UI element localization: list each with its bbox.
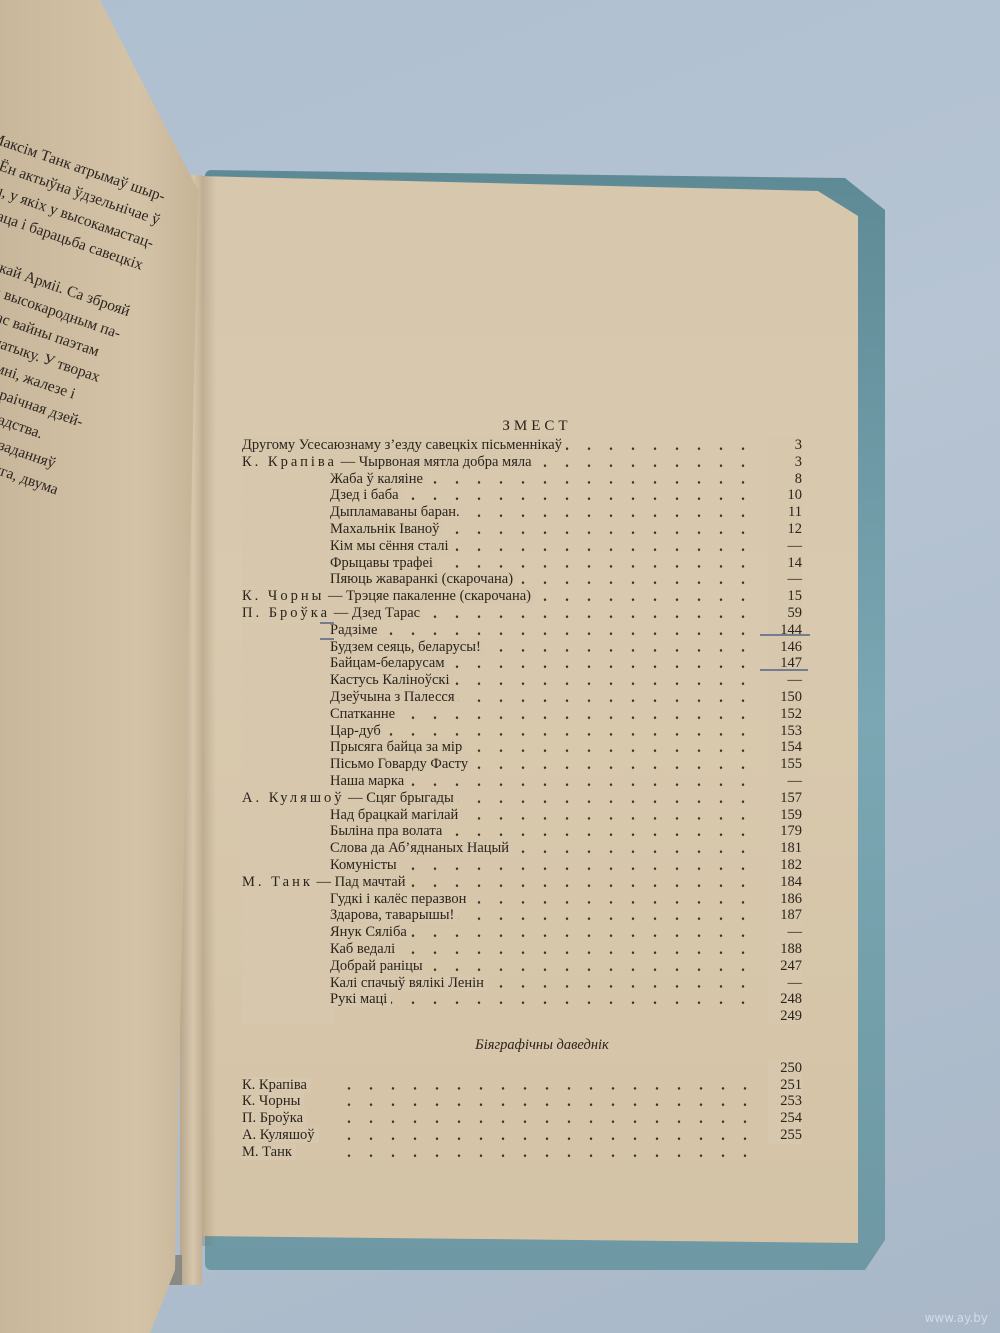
toc-page-number: 154 <box>768 739 802 756</box>
toc-entry-label: М. Танк — Пад мачтай <box>242 874 409 890</box>
bio-page-number: 253 <box>768 1093 802 1110</box>
toc-page-number: — <box>768 975 802 992</box>
toc-entry-label: Другому Усесаюзнаму з’езду савецкіх пісь… <box>242 437 566 453</box>
toc-entry: Комуністы182 <box>242 857 802 874</box>
leader-dots <box>332 1093 762 1110</box>
toc-page-number: 186 <box>768 891 802 908</box>
left-page: зма Максім Танк атрымаў шыр-росту. Ён ак… <box>0 0 198 1333</box>
toc-title-text: — Дзед Тарас <box>334 605 420 621</box>
toc-title-text: — Чырвоная мятла добра мяла <box>341 454 532 470</box>
toc-entry: Здарова, таварышы!187 <box>242 907 802 924</box>
toc-page-number: 184 <box>768 874 802 891</box>
table-of-contents: ЗМЕСТ Другому Усесаюзнаму з’езду савецкі… <box>242 418 802 1161</box>
toc-entry-label: Слова да Аб’яднаных Нацый <box>242 840 513 856</box>
toc-title-text: Цар-дуб <box>330 723 381 739</box>
pen-mark <box>320 638 334 640</box>
toc-page-number: 11 <box>768 504 802 521</box>
toc-entry: Дыпламаваны баран.11 <box>242 504 802 521</box>
toc-entry: Каб ведалі188 <box>242 941 802 958</box>
toc-title-text: — Сцяг брыгады <box>348 790 454 806</box>
toc-page-number: — <box>768 571 802 588</box>
toc-page-number: 247 <box>768 958 802 975</box>
toc-author: А. Куляшоў <box>242 790 345 806</box>
toc-entry-label: К. Чорны — Трэцяе пакаленне (скарочана) <box>242 588 535 604</box>
toc-page-number: 249 <box>768 1008 802 1025</box>
toc-author: П. Броўка <box>242 605 330 621</box>
toc-entry: Дзед і баба10 <box>242 487 802 504</box>
toc-entry-label: Дзед і баба <box>242 487 403 503</box>
toc-entry-label: Быліна пра волата <box>242 823 446 839</box>
toc-title-text: Гудкі і калёс перазвон <box>330 891 466 907</box>
toc-entry: Другому Усесаюзнаму з’езду савецкіх пісь… <box>242 437 802 454</box>
bio-page-number: 255 <box>768 1127 802 1144</box>
leader-dots <box>332 1144 762 1161</box>
toc-title-text: Каб ведалі <box>330 941 395 957</box>
bio-name: М. Танк <box>242 1144 296 1160</box>
toc-entries: Другому Усесаюзнаму з’езду савецкіх пісь… <box>242 437 802 1025</box>
pen-mark <box>760 634 810 636</box>
toc-title-text: Фрыцавы трафеі <box>330 555 433 571</box>
toc-page-number: 187 <box>768 907 802 924</box>
toc-entry: Будзем сеяць, беларусы!146 <box>242 639 802 656</box>
left-page-text: зма Максім Танк атрымаў шыр-росту. Ён ак… <box>0 118 187 556</box>
toc-entry-label: Каб ведалі <box>242 941 399 957</box>
toc-page-number: 59 <box>768 605 802 622</box>
toc-page-number: 159 <box>768 807 802 824</box>
toc-page-number: 157 <box>768 790 802 807</box>
toc-page-number: 155 <box>768 756 802 773</box>
toc-title-text: Слова да Аб’яднаных Нацый <box>330 840 509 856</box>
toc-entry: Наша марка— <box>242 773 802 790</box>
toc-title-text: Дзеўчына з Палесся <box>330 689 454 705</box>
toc-entry-label: Наша марка <box>242 773 408 789</box>
toc-entry: Слова да Аб’яднаных Нацый181 <box>242 840 802 857</box>
bio-entry: П. Броўка254 <box>242 1110 802 1127</box>
toc-page-number: 146 <box>768 639 802 656</box>
toc-title-text: Комуністы <box>330 857 397 873</box>
toc-entry-label: Добрай раніцы <box>242 958 427 974</box>
toc-author: К. Чорны <box>242 588 324 604</box>
toc-title-text: — Пад мачтай <box>317 874 406 890</box>
toc-page-number: — <box>768 924 802 941</box>
toc-page-number: 14 <box>768 555 802 572</box>
toc-entry-label: Жаба ў каляіне <box>242 471 427 487</box>
bio-entry: К. Крапіва251 <box>242 1077 802 1094</box>
bio-entry: А. Куляшоў255 <box>242 1127 802 1144</box>
toc-title-text: Наша марка <box>330 773 404 789</box>
toc-entry-label: Махальнік Іваноў <box>242 521 443 537</box>
toc-page-number: 179 <box>768 823 802 840</box>
toc-page-number: 182 <box>768 857 802 874</box>
toc-page-number: 15 <box>768 588 802 605</box>
toc-page-number: — <box>768 773 802 790</box>
toc-entry: П. Броўка — Дзед Тарас59 <box>242 605 802 622</box>
bio-name: К. Крапіва <box>242 1077 311 1093</box>
toc-entry-label: Комуністы <box>242 857 401 873</box>
toc-page-number: 153 <box>768 723 802 740</box>
toc-title-text: Махальнік Іваноў <box>330 521 439 537</box>
toc-entry: Быліна пра волата179 <box>242 823 802 840</box>
bio-name: П. Броўка <box>242 1110 307 1126</box>
toc-entry: 249 <box>242 1008 802 1025</box>
toc-entry: Рукі маці248 <box>242 991 802 1008</box>
toc-entry: Над брацкай магілай159 <box>242 807 802 824</box>
toc-entry-label: Гудкі і калёс перазвон <box>242 891 470 907</box>
toc-entry: Пісьмо Говарду Фасту155 <box>242 756 802 773</box>
bio-entry: М. Танк <box>242 1144 802 1161</box>
toc-entry-label: Кастусь Каліноўскі <box>242 672 454 688</box>
toc-page-number: 8 <box>768 471 802 488</box>
toc-title-text: Кастусь Каліноўскі <box>330 672 450 688</box>
toc-page-number: 188 <box>768 941 802 958</box>
bio-name: К. Чорны <box>242 1093 304 1109</box>
toc-title-text: Добрай раніцы <box>330 958 423 974</box>
toc-title-text: Дыпламаваны баран. <box>330 504 460 520</box>
toc-entry-label: Янук Сяліба <box>242 924 411 940</box>
toc-entry: Янук Сяліба— <box>242 924 802 941</box>
toc-entry: К. Крапіва — Чырвоная мятла добра мяла3 <box>242 454 802 471</box>
toc-entry-label: К. Крапіва — Чырвоная мятла добра мяла <box>242 454 536 470</box>
pen-mark <box>760 669 808 671</box>
toc-title-text: Дзед і баба <box>330 487 399 503</box>
toc-entry: Пяюць жаваранкі (скарочана)— <box>242 571 802 588</box>
toc-entry-label <box>242 1008 334 1024</box>
toc-entry-label: Калі спачыў вялікі Ленін <box>242 975 488 991</box>
toc-page-number: — <box>768 672 802 689</box>
toc-title-text: — Трэцяе пакаленне (скарочана) <box>328 588 531 604</box>
toc-title-text: Радзіме <box>330 622 377 638</box>
toc-title-text: Прысяга байца за мір <box>330 739 462 755</box>
toc-entry-label: Спатканне <box>242 706 399 722</box>
toc-entry: Калі спачыў вялікі Ленін— <box>242 975 802 992</box>
toc-title-text: Спатканне <box>330 706 395 722</box>
toc-entry: Фрыцавы трафеі14 <box>242 555 802 572</box>
toc-title-text: Байцам-беларусам <box>330 655 445 671</box>
toc-page-number: 248 <box>768 991 802 1008</box>
toc-entry: Спатканне152 <box>242 706 802 723</box>
bio-section-title: Біяграфічны даведнік <box>242 1037 802 1054</box>
toc-author: К. Крапіва <box>242 454 337 470</box>
toc-title-text: Кім мы сёння сталі <box>330 538 449 554</box>
toc-page-number: 12 <box>768 521 802 538</box>
toc-page-number: 144 <box>768 622 802 639</box>
toc-entry: Кім мы сёння сталі— <box>242 538 802 555</box>
toc-entry-label: Дзеўчына з Палесся <box>242 689 458 705</box>
pen-mark <box>320 622 334 624</box>
leader-dots <box>332 1127 762 1144</box>
toc-entry: М. Танк — Пад мачтай184 <box>242 874 802 891</box>
toc-entry-label: Будзем сеяць, беларусы! <box>242 639 485 655</box>
toc-entry: Добрай раніцы247 <box>242 958 802 975</box>
toc-title: ЗМЕСТ <box>242 418 802 435</box>
bio-entries: К. Крапіва251К. Чорны253П. Броўка254А. К… <box>242 1077 802 1161</box>
toc-entry: Цар-дуб153 <box>242 723 802 740</box>
toc-title-text: Калі спачыў вялікі Ленін <box>330 975 484 991</box>
toc-entry-label: А. Куляшоў — Сцяг брыгады <box>242 790 458 806</box>
bio-entry: К. Чорны253 <box>242 1093 802 1110</box>
toc-entry-label: Пяюць жаваранкі (скарочана) <box>242 571 517 587</box>
toc-title-text: Рукі маці <box>330 991 387 1007</box>
toc-entry: Байцам-беларусам147 <box>242 655 802 672</box>
bio-header-row: 250 <box>242 1060 802 1077</box>
toc-title-text: Другому Усесаюзнаму з’езду савецкіх пісь… <box>242 437 562 453</box>
toc-entry-label: Здарова, таварышы! <box>242 907 458 923</box>
toc-entry-label: Байцам-беларусам <box>242 655 449 671</box>
toc-page-number: 3 <box>768 437 802 454</box>
toc-page-number: 152 <box>768 706 802 723</box>
toc-title-text: Над брацкай магілай <box>330 807 458 823</box>
bio-page-number: 251 <box>768 1077 802 1094</box>
toc-entry: Жаба ў каляіне8 <box>242 471 802 488</box>
bio-header-page: 250 <box>768 1060 802 1077</box>
toc-title-text: Пяюць жаваранкі (скарочана) <box>330 571 513 587</box>
toc-entry-label: Фрыцавы трафеі <box>242 555 437 571</box>
leader-dots <box>332 1077 762 1094</box>
bio-page-number: 254 <box>768 1110 802 1127</box>
toc-entry-label: Над брацкай магілай <box>242 807 462 823</box>
toc-entry-label: Дыпламаваны баран. <box>242 504 464 520</box>
toc-entry: Кастусь Каліноўскі— <box>242 672 802 689</box>
toc-page-number: 150 <box>768 689 802 706</box>
toc-page-number: 10 <box>768 487 802 504</box>
toc-title-text: Жаба ў каляіне <box>330 471 423 487</box>
watermark: www.ay.by <box>925 1311 988 1325</box>
toc-entry-label: Пісьмо Говарду Фасту <box>242 756 472 772</box>
toc-entry-label: Цар-дуб <box>242 723 385 739</box>
toc-title-text: Быліна пра волата <box>330 823 442 839</box>
toc-entry: Гудкі і калёс перазвон186 <box>242 891 802 908</box>
toc-title-text: Янук Сяліба <box>330 924 407 940</box>
toc-author: М. Танк <box>242 874 313 890</box>
toc-entry: Прысяга байца за мір154 <box>242 739 802 756</box>
toc-title-text: Здарова, таварышы! <box>330 907 454 923</box>
bio-name: А. Куляшоў <box>242 1127 319 1143</box>
toc-page-number: 3 <box>768 454 802 471</box>
toc-page-number: — <box>768 538 802 555</box>
toc-entry-label: П. Броўка — Дзед Тарас <box>242 605 424 621</box>
toc-entry: К. Чорны — Трэцяе пакаленне (скарочана)1… <box>242 588 802 605</box>
toc-entry: Радзіме144 <box>242 622 802 639</box>
leader-dots <box>332 1110 762 1127</box>
toc-entry-label: Кім мы сёння сталі <box>242 538 453 554</box>
toc-title-text: Пісьмо Говарду Фасту <box>330 756 468 772</box>
toc-entry-label: Рукі маці <box>242 991 391 1007</box>
toc-page-number: 181 <box>768 840 802 857</box>
toc-entry-label: Прысяга байца за мір <box>242 739 466 755</box>
toc-title-text: Будзем сеяць, беларусы! <box>330 639 481 655</box>
toc-entry: А. Куляшоў — Сцяг брыгады157 <box>242 790 802 807</box>
toc-entry: Дзеўчына з Палесся150 <box>242 689 802 706</box>
toc-entry: Махальнік Іваноў12 <box>242 521 802 538</box>
toc-entry-label: Радзіме <box>242 622 381 638</box>
